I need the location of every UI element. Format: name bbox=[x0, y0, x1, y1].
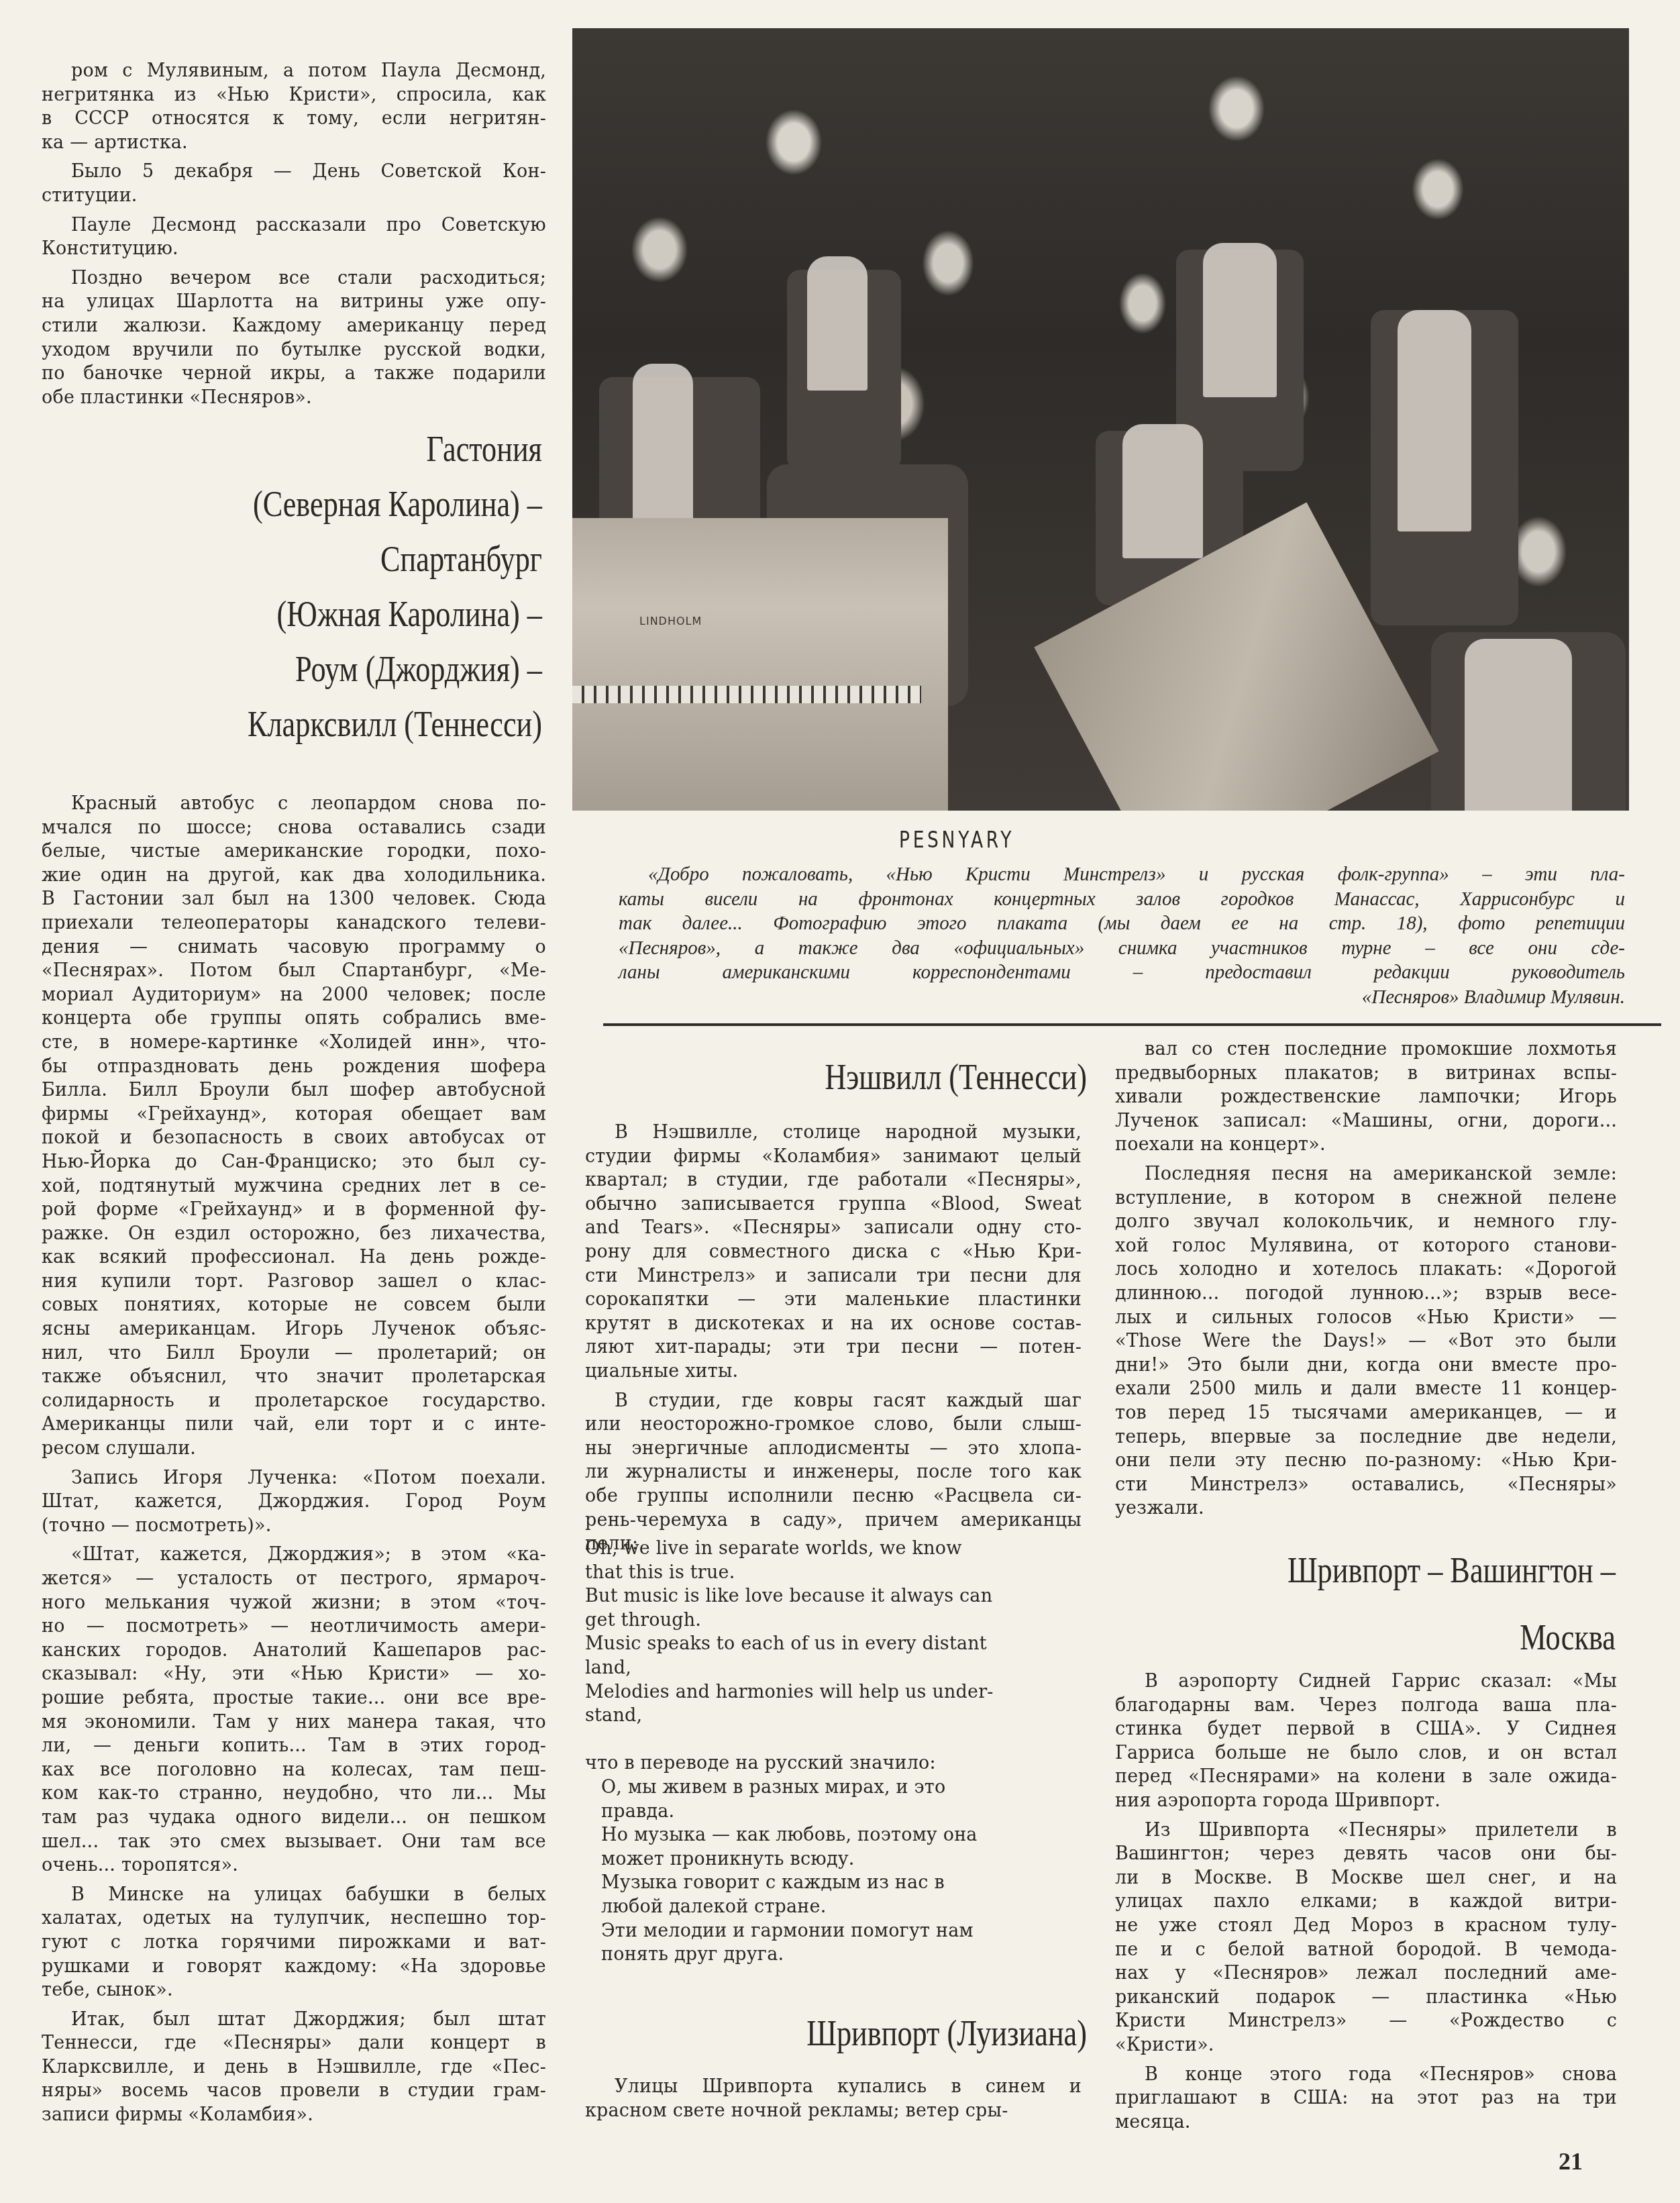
text-line: как всякий профессионал. На день рожде- bbox=[42, 1245, 546, 1270]
paragraph: В конце этого года «Песняров» сновапригл… bbox=[1115, 2063, 1617, 2135]
text-line: тов перед 15 тысячами американцев, — и bbox=[1115, 1401, 1617, 1425]
text-line: в СССР относятся к тому, если негритян- bbox=[42, 107, 546, 131]
paragraph: В Минске на улицах бабушки в белыххалата… bbox=[42, 1883, 546, 2002]
text-line: не уже стоял Дед Мороз в красном тулу- bbox=[1115, 1914, 1617, 1938]
column-1-body: Красный автобус с леопардом снова по-мча… bbox=[42, 792, 546, 2133]
text-line: Гарриса больше не было слов, и он встал bbox=[1115, 1741, 1617, 1765]
text-line: (точно — посмотреть)». bbox=[42, 1514, 546, 1538]
text-line: ляют хит-парады; эти три песни — потен- bbox=[585, 1335, 1082, 1360]
text-line: В Минске на улицах бабушки в белых bbox=[42, 1883, 546, 1907]
text-line: ка — артистка. bbox=[42, 131, 546, 155]
text-line: рой форме «Грейхаунд» и в форменной фу- bbox=[42, 1198, 546, 1222]
text-line: рошие ребята, простые такие... они все в… bbox=[42, 1686, 546, 1710]
text-line: покой и безопасность в своих автобусах о… bbox=[42, 1126, 546, 1150]
section-heading-gastonia: Гастония (Северная Каролина) – Спартанбу… bbox=[134, 421, 542, 752]
verse-line: Oh, we live in separate worlds, we know bbox=[585, 1537, 1082, 1561]
text-line: ституции. bbox=[42, 184, 546, 208]
text-line: Красный автобус с леопардом снова по- bbox=[42, 792, 546, 816]
paragraph: Улицы Шривпорта купались в синем икрасно… bbox=[585, 2075, 1082, 2122]
text-line: красном свете ночной рекламы; ветер сры- bbox=[585, 2099, 1082, 2123]
caption-line: ланы американскими корреспондентами – пр… bbox=[619, 960, 1625, 985]
text-line: уезжали. bbox=[1115, 1496, 1617, 1521]
heading-line: Москва bbox=[1226, 1604, 1616, 1671]
paragraph: Поздно вечером все стали расходиться;на … bbox=[42, 266, 546, 410]
text-line: жется» — усталость от пестрого, ярмароч- bbox=[42, 1567, 546, 1591]
text-line: ли, — деньги копить... Там в этих город- bbox=[42, 1734, 546, 1758]
heading-line: (Южная Каролина) – bbox=[207, 586, 542, 642]
text-line: сти Минстрелз» и записали три песни для bbox=[585, 1264, 1082, 1288]
text-line: циальные хиты. bbox=[585, 1360, 1082, 1384]
text-line: В конце этого года «Песняров» снова bbox=[1115, 2063, 1617, 2087]
text-line: рону для совместного диска с «Нью Кри- bbox=[585, 1240, 1082, 1264]
text-line: уходом вручили по бутылке русской водки, bbox=[42, 338, 546, 362]
text-line: стили жалюзи. Каждому американцу перед bbox=[42, 314, 546, 338]
text-line: хивали рождественские лампочки; Игорь bbox=[1115, 1085, 1617, 1109]
text-line: лых и сильных голосов «Нью Кристи» — bbox=[1115, 1306, 1617, 1330]
verse-line-continuation: любой далекой стране. bbox=[601, 1895, 1082, 1919]
paragraph: Было 5 декабря — День Советской Кон-стит… bbox=[42, 160, 546, 207]
text-line: месяца. bbox=[1115, 2110, 1617, 2135]
text-line: пе и с белой ватной бородой. В чемода- bbox=[1115, 1938, 1617, 1962]
text-line: теперь, впервые за последние две недели, bbox=[1115, 1425, 1617, 1449]
text-line: там раз чудака одного видели... он пешко… bbox=[42, 1806, 546, 1830]
verse-line-continuation: правда. bbox=[601, 1800, 1082, 1824]
text-line: ного мелькания чужой жизни; в этом «точ- bbox=[42, 1591, 546, 1615]
text-line: или неосторожно-громкое слово, были слыш… bbox=[585, 1413, 1082, 1437]
paragraph: Запись Игоря Лученка: «Потом поехали.Шта… bbox=[42, 1466, 546, 1538]
text-line: В аэропорту Сидней Гаррис сказал: «Мы bbox=[1115, 1670, 1617, 1694]
section-heading-moscow: Шривпорт – Вашингтон – Москва bbox=[1141, 1537, 1616, 1671]
text-line: В Нэшвилле, столице народной музыки, bbox=[585, 1121, 1082, 1145]
text-line: солидарность и пролетарское государство. bbox=[42, 1389, 546, 1413]
text-line: квартал; в студии, где работали «Песняры… bbox=[585, 1168, 1082, 1192]
text-line: нил, что Билл Броули — пролетарий; он bbox=[42, 1341, 546, 1366]
text-line: «Кристи». bbox=[1115, 2033, 1617, 2057]
column-1-intro: ром с Мулявиным, а потом Паула Десмонд,н… bbox=[42, 59, 546, 415]
text-line: вступление, в котором в снежной пелене bbox=[1115, 1186, 1617, 1211]
text-line: улицах пахло елками; в каждой витри- bbox=[1115, 1890, 1617, 1914]
text-line: сорокапятки — эти маленькие пластинки bbox=[585, 1288, 1082, 1312]
text-line: рушками и говорят каждому: «На здоровье bbox=[42, 1955, 546, 1979]
text-line: «Штат, кажется, Джорджия»; в этом «ка- bbox=[42, 1543, 546, 1567]
text-line: перед «Песнярами» на колени в зале ожида… bbox=[1115, 1765, 1617, 1789]
caption-line: «Добро пожаловать, «Нью Кристи Минстрелз… bbox=[619, 862, 1625, 887]
text-line: Запись Игоря Лученка: «Потом поехали. bbox=[42, 1466, 546, 1490]
caption-line: «Песняров» Владимир Мулявин. bbox=[619, 985, 1625, 1010]
text-line: Кристи Минстрелз» — «Рождество с bbox=[1115, 2009, 1617, 2033]
text-line: лось холодно и хотелось плакать: «Дорого… bbox=[1115, 1258, 1617, 1282]
text-line: негритянка из «Нью Кристи», спросила, ка… bbox=[42, 83, 546, 107]
heading-line: Шривпорт (Луизиана) bbox=[680, 2006, 1087, 2060]
text-line: ехали 2500 миль и дали вместе 11 концер- bbox=[1115, 1377, 1617, 1401]
heading-line: Нэшвилл (Теннесси) bbox=[680, 1050, 1087, 1104]
text-line: Штат, кажется, Джорджия. Город Роум bbox=[42, 1490, 546, 1514]
text-line: Кларксвилле, и день в Нэшвилле, где «Пес… bbox=[42, 2055, 546, 2080]
caption-line: так далее... Фотографию этого плаката (м… bbox=[619, 911, 1625, 936]
verse-line: О, мы живем в разных мирах, и это bbox=[601, 1776, 1082, 1800]
photo-label: PESNYARY bbox=[899, 827, 1014, 854]
heading-line: Спартанбург bbox=[207, 531, 542, 586]
text-line: длинною... погодой лунною...»; взрыв вес… bbox=[1115, 1282, 1617, 1306]
heading-line: Кларксвилл (Теннесси) bbox=[207, 697, 542, 752]
verse-line: Музыка говорит с каждым из нас в bbox=[601, 1871, 1082, 1895]
text-line: благодарны вам. Через полгода ваша пла- bbox=[1115, 1694, 1617, 1718]
heading-line: Роум (Джорджия) – bbox=[207, 642, 542, 697]
heading-line: Гастония bbox=[207, 421, 542, 476]
text-line: Американцы пили чай, ели торт и с инте- bbox=[42, 1413, 546, 1437]
text-line: Из Шривпорта «Песняры» прилетели в bbox=[1115, 1818, 1617, 1843]
text-line: Теннесси, где «Песняры» дали концерт в bbox=[42, 2031, 546, 2055]
paragraph: В аэропорту Сидней Гаррис сказал: «Мыбла… bbox=[1115, 1670, 1617, 1813]
text-line: ны энергичные аплодисменты — это хлопа- bbox=[585, 1437, 1082, 1461]
text-line: крутят в дискотеках и на их основе соста… bbox=[585, 1312, 1082, 1336]
text-line: ром с Мулявиным, а потом Паула Десмонд, bbox=[42, 59, 546, 83]
text-line: няры» восемь часов провели в студии грам… bbox=[42, 2079, 546, 2103]
text-line: ния аэропорта города Шривпорт. bbox=[1115, 1789, 1617, 1813]
translation-intro-text: что в переводе на русский значило: bbox=[585, 1751, 1082, 1776]
verse-line: Но музыка — как любовь, поэтому она bbox=[601, 1823, 1082, 1847]
text-line: концерта обе группы опять собрались вме- bbox=[42, 1007, 546, 1031]
verse-line-continuation: stand, bbox=[585, 1704, 1082, 1728]
paragraph: Из Шривпорта «Песняры» прилетели вВашинг… bbox=[1115, 1818, 1617, 2057]
text-line: «Those Were the Days!» — «Вот это были bbox=[1115, 1329, 1617, 1353]
text-line: ресом слушали. bbox=[42, 1437, 546, 1461]
text-line: обычно записывается группа «Blood, Sweat bbox=[585, 1192, 1082, 1217]
text-line: В Гастонии зал был на 1300 человек. Сюда bbox=[42, 887, 546, 911]
text-line: Пауле Десмонд рассказали про Советскую bbox=[42, 213, 546, 238]
text-line: ли в Москве. В Москве шел снег, и на bbox=[1115, 1866, 1617, 1890]
piano-brand-label: LINDHOLM bbox=[639, 615, 702, 627]
paragraph: «Штат, кажется, Джорджия»; в этом «ка-же… bbox=[42, 1543, 546, 1877]
text-line: ясны американцам. Игорь Лученок объяс- bbox=[42, 1317, 546, 1341]
text-line: ком как-то странно, неудобно, что ли... … bbox=[42, 1782, 546, 1806]
text-line: мя экономили. Там у них манера такая, чт… bbox=[42, 1710, 546, 1735]
harpsichord: LINDHOLM bbox=[572, 518, 948, 811]
heading-line: Шривпорт – Вашингтон – bbox=[1226, 1537, 1616, 1604]
column-2-body: В Нэшвилле, столице народной музыки,студ… bbox=[585, 1121, 1082, 1561]
paragraph: Пауле Десмонд рассказали про СоветскуюКо… bbox=[42, 213, 546, 261]
horizontal-rule bbox=[603, 1023, 1661, 1026]
text-line: бы отпраздновать день рождения шофера bbox=[42, 1055, 546, 1079]
paragraph: В Нэшвилле, столице народной музыки,студ… bbox=[585, 1121, 1082, 1384]
text-line: также объяснил, что значит пролетарская bbox=[42, 1365, 546, 1389]
text-line: ках все поголовно на колесах, там пеш- bbox=[42, 1758, 546, 1782]
verse-line: Эти мелодии и гармонии помогут нам bbox=[601, 1919, 1082, 1943]
english-lyrics: Oh, we live in separate worlds, we knowt… bbox=[585, 1537, 1082, 1728]
text-line: ния купили торт. Разговор зашел о клас- bbox=[42, 1270, 546, 1294]
section-heading-nashville: Нэшвилл (Теннесси) bbox=[590, 1050, 1087, 1104]
photo-caption: «Добро пожаловать, «Нью Кристи Минстрелз… bbox=[619, 862, 1625, 1009]
text-line: записи фирмы «Коламбия». bbox=[42, 2103, 546, 2127]
text-line: дни!» Это были дни, когда они вместе про… bbox=[1115, 1353, 1617, 1378]
text-line: ли журналисты и инженеры, после того как bbox=[585, 1460, 1082, 1484]
text-line: на улицах Шарлотта на витрины уже опу- bbox=[42, 290, 546, 314]
text-line: но — посмотреть» — неотличимость амери- bbox=[42, 1615, 546, 1639]
text-line: тебе, сынок». bbox=[42, 1978, 546, 2002]
text-line: белые, чистые американские городки, похо… bbox=[42, 839, 546, 864]
page-number: 21 bbox=[1559, 2147, 1583, 2175]
text-line: риканский подарок — пластинка «Нью bbox=[1115, 1986, 1617, 2010]
column-2-body-2: Улицы Шривпорта купались в синем икрасно… bbox=[585, 2075, 1082, 2128]
text-line: канских городов. Анатолий Кашепаров рас- bbox=[42, 1639, 546, 1663]
verse-line: Melodies and harmonies will help us unde… bbox=[585, 1680, 1082, 1704]
text-line: мориал Аудиториум» на 2000 человек; посл… bbox=[42, 983, 546, 1007]
text-line: стинка будет первой в США». У Сиднея bbox=[1115, 1717, 1617, 1741]
text-line: долго звучал колокольчик, и немного глу- bbox=[1115, 1210, 1617, 1234]
text-line: Конституцию. bbox=[42, 237, 546, 261]
verse-line-continuation: get through. bbox=[585, 1608, 1082, 1633]
text-line: Билла. Билл Броули был шофер автобусной bbox=[42, 1078, 546, 1103]
verse-line-continuation: land, bbox=[585, 1656, 1082, 1680]
russian-lyrics: О, мы живем в разных мирах, и этоправда.… bbox=[601, 1776, 1082, 1967]
text-line: Поздно вечером все стали расходиться; bbox=[42, 266, 546, 291]
paragraph: В студии, где ковры гасят каждый шагили … bbox=[585, 1389, 1082, 1556]
text-line: обе пластинки «Песняров». bbox=[42, 386, 546, 410]
text-line: сти Минстрелз» оставались, «Песняры» bbox=[1115, 1473, 1617, 1497]
verse-line: But music is like love because it always… bbox=[585, 1584, 1082, 1608]
text-line: Итак, был штат Джорджия; был штат bbox=[42, 2008, 546, 2032]
band-photo: LINDHOLM bbox=[572, 28, 1629, 811]
verse-line-continuation: может проникнуть всюду. bbox=[601, 1847, 1082, 1872]
text-line: по баночке черной икры, а также подарили bbox=[42, 362, 546, 386]
text-line: and Tears». «Песняры» записали одну сто- bbox=[585, 1216, 1082, 1240]
text-line: мчался по шоссе; снова оставались сзади bbox=[42, 816, 546, 840]
text-line: В студии, где ковры гасят каждый шаг bbox=[585, 1389, 1082, 1413]
paragraph: вал со стен последние промокшие лохмотья… bbox=[1115, 1037, 1617, 1157]
text-line: вал со стен последние промокшие лохмотья bbox=[1115, 1037, 1617, 1062]
caption-line: каты висели на фронтонах концертных зало… bbox=[619, 887, 1625, 912]
text-line: Улицы Шривпорта купались в синем и bbox=[585, 2075, 1082, 2099]
text-line: рень-черемуха в саду», причем американцы bbox=[585, 1508, 1082, 1533]
heading-line: (Северная Каролина) – bbox=[207, 476, 542, 531]
text-line: приглашают в США: на этот раз на три bbox=[1115, 2086, 1617, 2110]
text-line: жие один на другой, как два холодильника… bbox=[42, 864, 546, 888]
text-line: нах у «Песняров» лежал последний аме- bbox=[1115, 1961, 1617, 1986]
paragraph: Последняя песня на американской земле:вс… bbox=[1115, 1162, 1617, 1521]
text-line: Вашингтон; через девять часов они бы- bbox=[1115, 1842, 1617, 1866]
text-line: совых понятиях, которые не совсем были bbox=[42, 1293, 546, 1317]
text-line: приехали телеоператоры канадского телеви… bbox=[42, 911, 546, 935]
paragraph: ром с Мулявиным, а потом Паула Десмонд,н… bbox=[42, 59, 546, 154]
text-line: ражке. Он ездил осторожно, без лихачеств… bbox=[42, 1222, 546, 1246]
column-3-body-2: В аэропорту Сидней Гаррис сказал: «Мыбла… bbox=[1115, 1670, 1617, 2139]
text-line: шел... так это смех вызывает. Они там вс… bbox=[42, 1830, 546, 1854]
text-line: обе группы исполнили песню «Расцвела си- bbox=[585, 1484, 1082, 1508]
paragraph: Красный автобус с леопардом снова по-мча… bbox=[42, 792, 546, 1461]
text-line: Последняя песня на американской земле: bbox=[1115, 1162, 1617, 1186]
paragraph: Итак, был штат Джорджия; был штатТеннесс… bbox=[42, 2008, 546, 2127]
verse-line: Music speaks to each of us in every dist… bbox=[585, 1632, 1082, 1656]
text-line: очень... торопятся». bbox=[42, 1853, 546, 1878]
text-line: «Песнярах». Потом был Спартанбург, «Ме- bbox=[42, 959, 546, 983]
text-line: халатах, одетых на тулупчик, неспешно то… bbox=[42, 1906, 546, 1931]
text-line: дения — снимать часовую программу о bbox=[42, 935, 546, 960]
column-3-body: вал со стен последние промокшие лохмотья… bbox=[1115, 1037, 1617, 1526]
section-heading-shreveport: Шривпорт (Луизиана) bbox=[590, 2006, 1087, 2060]
text-line: предвыборных плакатов; в витринах вспы- bbox=[1115, 1062, 1617, 1086]
text-line: Нью-Йорка до Сан-Франциско; это был су- bbox=[42, 1150, 546, 1174]
text-line: гуют с лотка горячими пирожками и ват- bbox=[42, 1931, 546, 1955]
text-line: поехали на концерт». bbox=[1115, 1133, 1617, 1157]
verse-line-continuation: понять друг друга. bbox=[601, 1943, 1082, 1967]
translation-intro: что в переводе на русский значило: bbox=[585, 1751, 1082, 1776]
text-line: фирмы «Грейхаунд», которая обещает вам bbox=[42, 1103, 546, 1127]
caption-line: «Песняров», а также два «официальных» сн… bbox=[619, 936, 1625, 961]
text-line: Было 5 декабря — День Советской Кон- bbox=[42, 160, 546, 184]
text-line: сте, в номере-картинке «Холидей инн», чт… bbox=[42, 1031, 546, 1055]
text-line: сказывал: «Ну, эти «Нью Кристи» — хо- bbox=[42, 1662, 546, 1686]
text-line: Лученок записал: «Машины, огни, дороги..… bbox=[1115, 1109, 1617, 1133]
verse-line-continuation: that this is true. bbox=[585, 1561, 1082, 1585]
text-line: хой голос Мулявина, от которого станови- bbox=[1115, 1234, 1617, 1258]
text-line: они пели эту песню по-разному: «Нью Кри- bbox=[1115, 1449, 1617, 1473]
text-line: студии фирмы «Коламбия» занимают целый bbox=[585, 1145, 1082, 1169]
text-line: хой, подтянутый мужчина средних лет в се… bbox=[42, 1174, 546, 1198]
